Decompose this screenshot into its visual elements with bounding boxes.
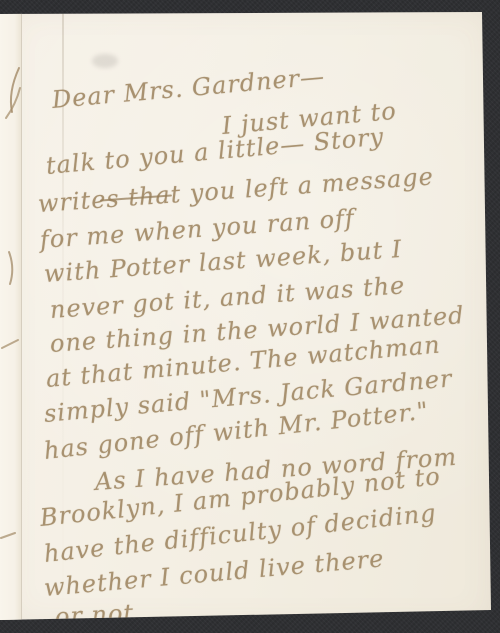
stray-ink-fragments: [0, 0, 22, 633]
photo-backdrop: { "photo": { "backdrop_color": "#2d2e31"…: [0, 0, 500, 633]
letter-page: Dear Mrs. Gardner— I just want to talk t…: [0, 0, 500, 633]
faint-smudge: [92, 54, 118, 68]
letter-line: or not.: [54, 598, 143, 631]
adjacent-page-edge: [0, 0, 22, 633]
